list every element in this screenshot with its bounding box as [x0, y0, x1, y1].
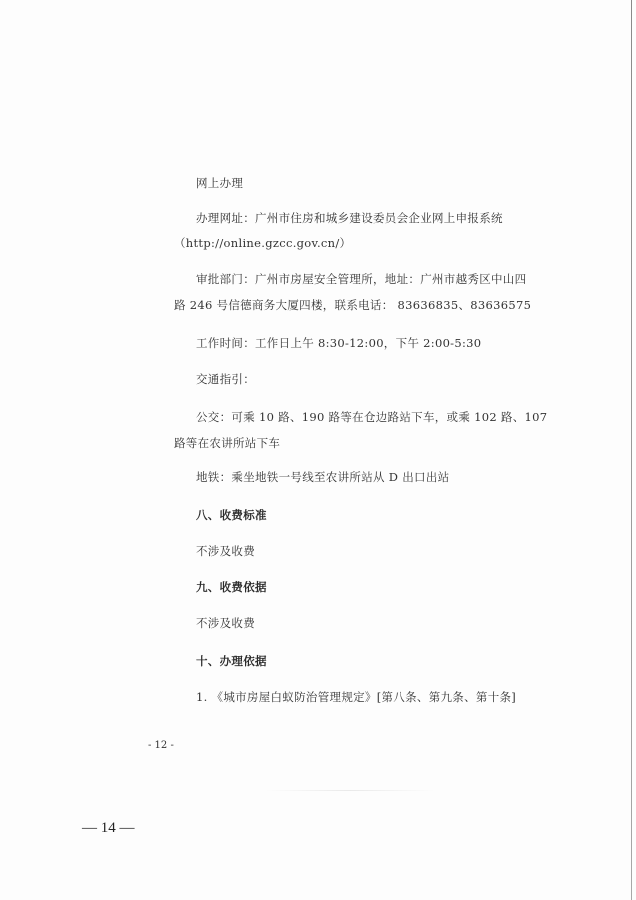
outer-page-number: — 14 —: [82, 820, 135, 837]
section-8-body: 不涉及收费: [196, 544, 255, 558]
approval-department-line-1: 审批部门：广州市房屋安全管理所，地址：广州市越秀区中山四: [196, 272, 526, 286]
section-9-title: 九、收费依据: [196, 580, 267, 594]
inner-page-number: - 12 -: [148, 740, 174, 751]
document-page: 网上办理 办理网址：广州市住房和城乡建设委员会企业网上申报系统 （http://…: [0, 0, 636, 900]
basis-item-1: 1. 《城市房屋白蚁防治管理规定》[第八条、第九条、第十条]: [196, 690, 516, 704]
bus-line-2: 路等在农讲所站下车: [174, 436, 280, 450]
section-10-title: 十、办理依据: [196, 654, 267, 668]
bus-line-1: 公交：可乘 10 路、190 路等在仓边路站下车，或乘 102 路、107: [196, 410, 547, 424]
page-edge-line: [631, 0, 632, 900]
website-label: 办理网址：广州市住房和城乡建设委员会企业网上申报系统: [196, 211, 503, 225]
approval-department-line-2: 路 246 号信德商务大厦四楼，联系电话： 83636835、83636575: [174, 298, 531, 312]
section-9-body: 不涉及收费: [196, 616, 255, 630]
scan-artifact: [265, 790, 435, 791]
website-url: （http://online.gzcc.gov.cn/）: [174, 236, 351, 250]
transport-guide-label: 交通指引：: [196, 372, 255, 386]
online-handling-label: 网上办理: [196, 176, 243, 190]
section-8-title: 八、收费标准: [196, 508, 267, 522]
metro-line: 地铁：乘坐地铁一号线至农讲所站从 D 出口出站: [196, 470, 449, 484]
working-hours: 工作时间：工作日上午 8:30-12:00，下午 2:00-5:30: [196, 336, 481, 350]
